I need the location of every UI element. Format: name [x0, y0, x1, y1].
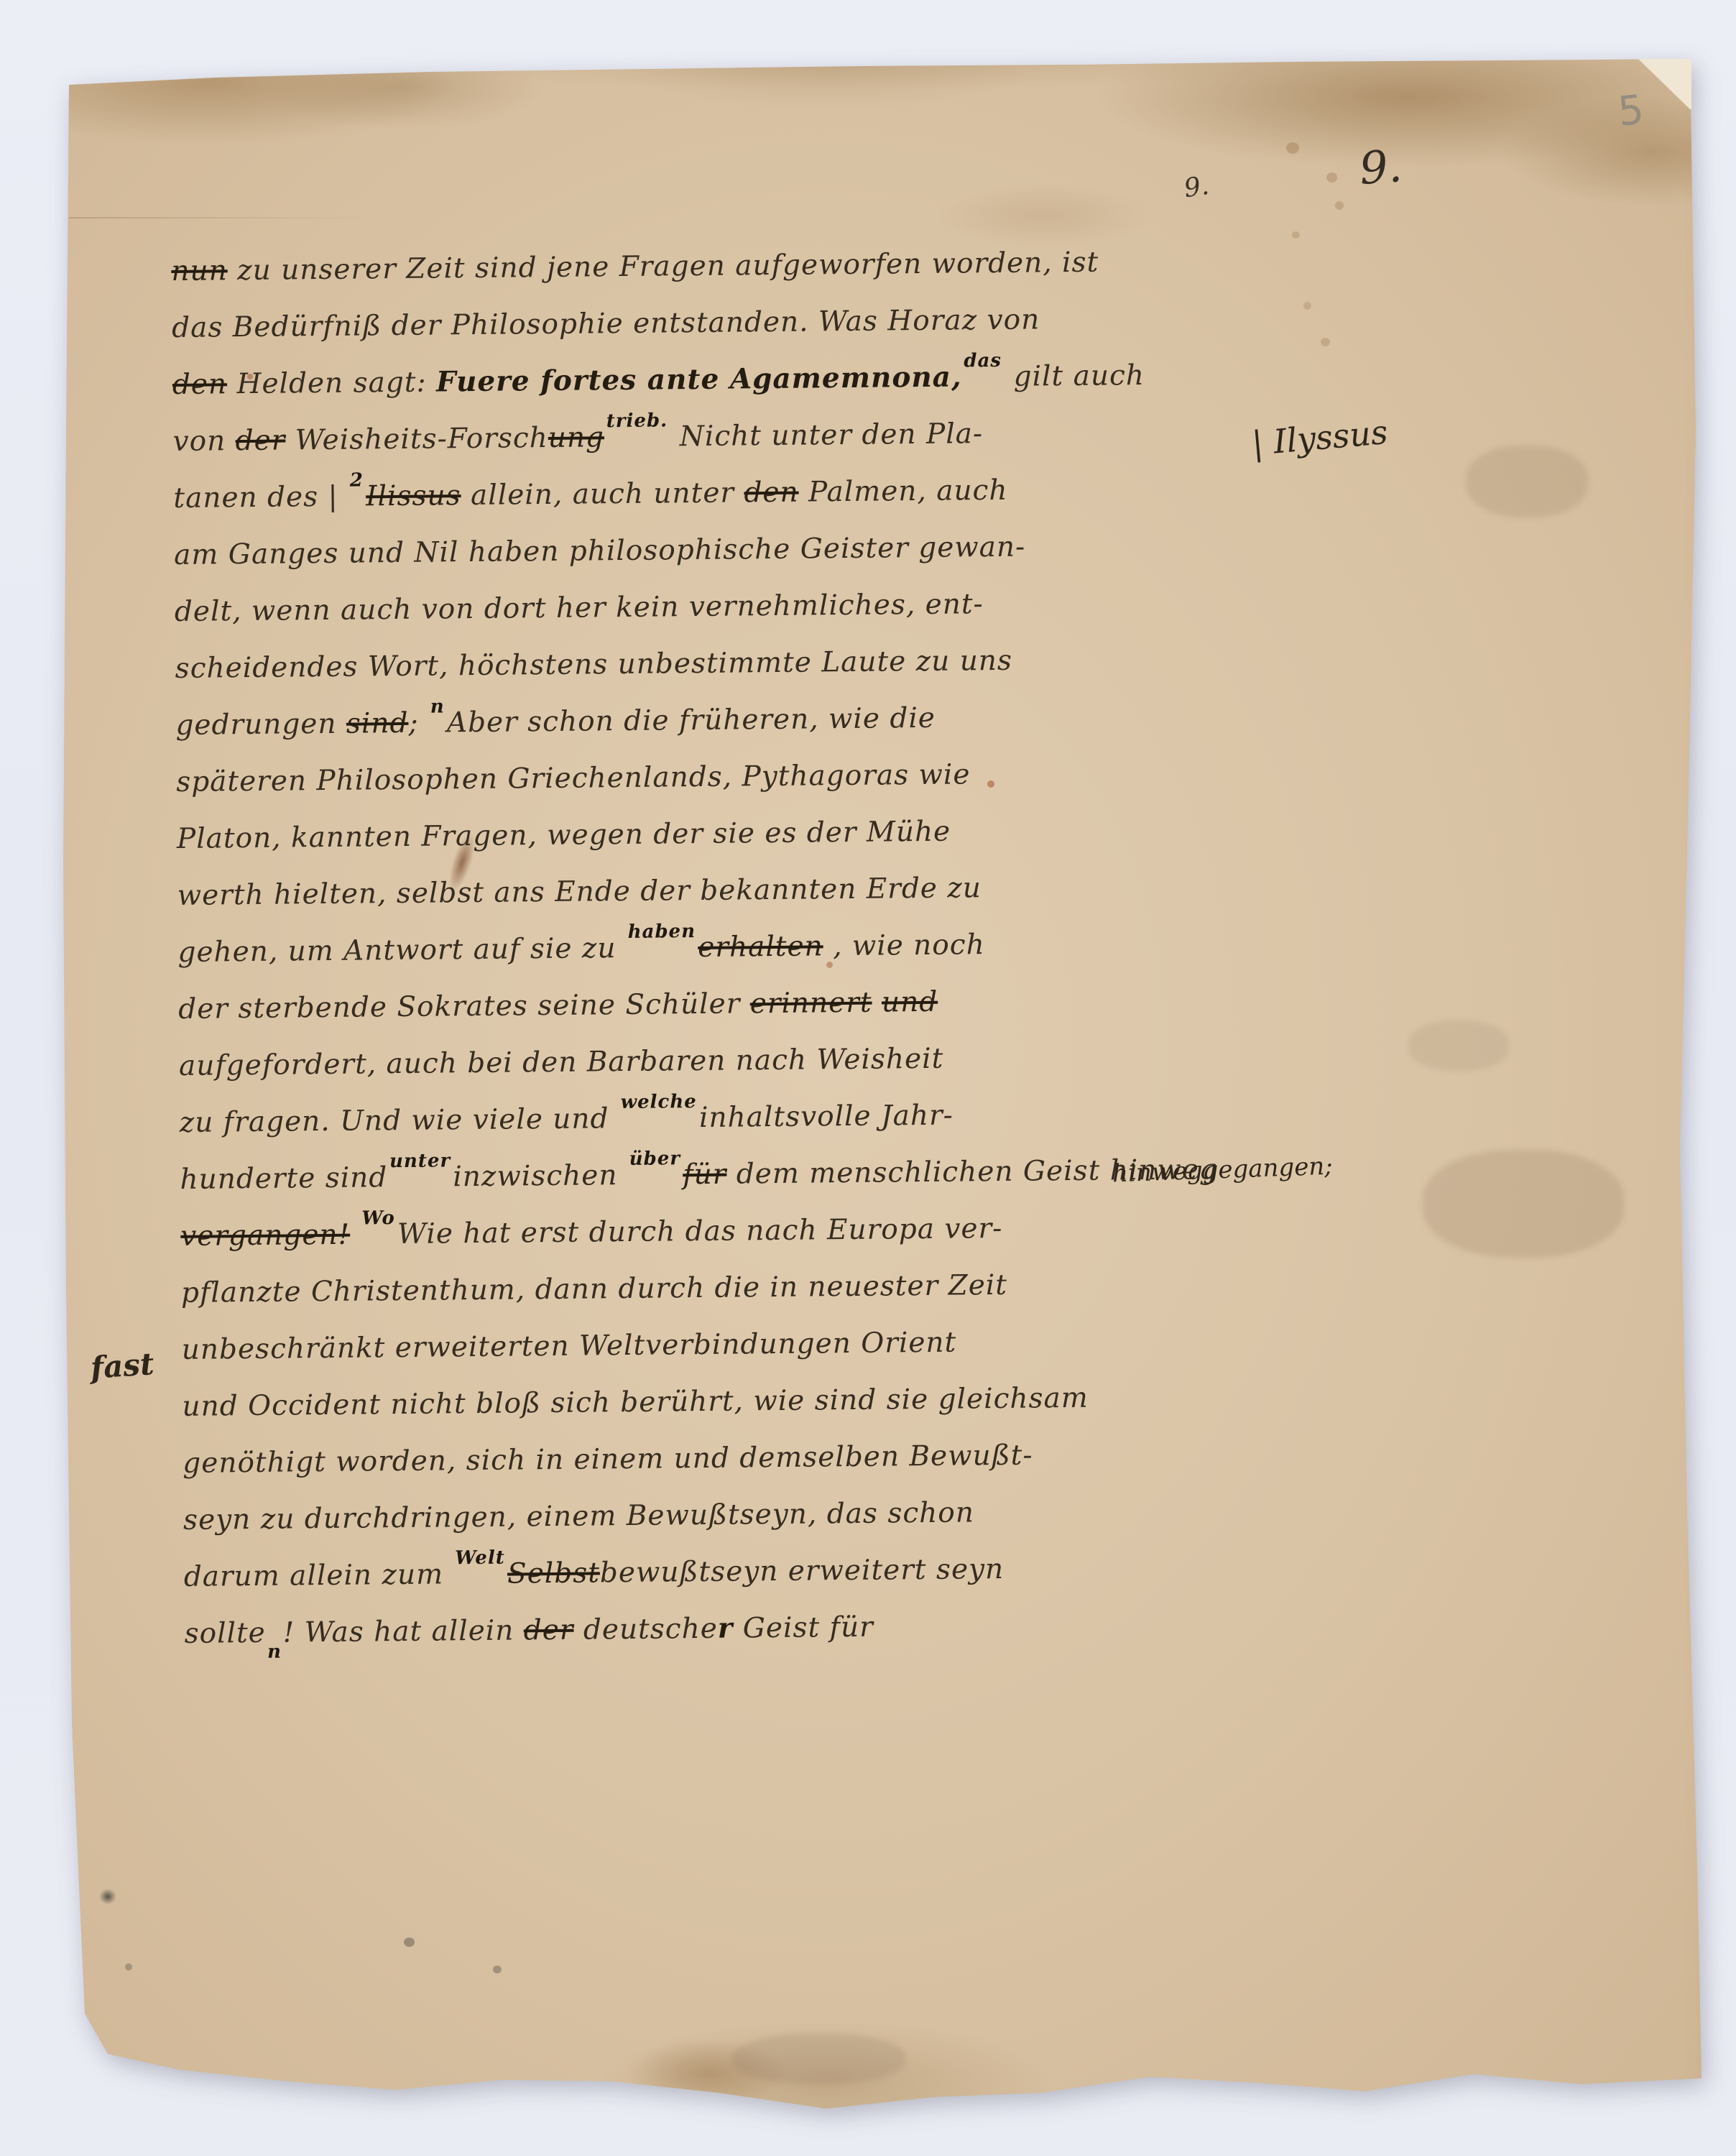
manuscript-line: Platon, kannten Fragen, wegen der sie es…	[177, 801, 1155, 867]
manuscript-line: seyn zu durchdringen, einem Bewußtseyn, …	[183, 1483, 1161, 1549]
line-segment: aufgefordert, auch bei den Barbaren nach…	[179, 1043, 944, 1082]
struck-word: erhalten	[698, 930, 823, 964]
paper-crease	[69, 217, 378, 218]
bleedthrough-smudge	[1423, 1150, 1624, 1258]
line-segment: ! Was hat allein	[282, 1614, 524, 1649]
foxing-spot	[1292, 231, 1300, 239]
line-segment: späteren Philosophen Griechenlands, Pyth…	[176, 758, 971, 798]
line-segment	[872, 987, 882, 1019]
line-segment: unbeschränkt erweiterten Weltverbindunge…	[182, 1327, 957, 1366]
line-segment: und Occident nicht bloß sich berührt, wi…	[182, 1382, 1089, 1423]
inserted-word-above: 2	[349, 452, 364, 509]
smudge-dot	[125, 1963, 132, 1971]
line-segment: scheidendes Wort, höchstens unbestimmte …	[175, 645, 1012, 685]
margin-note-fast: fast	[89, 1346, 155, 1386]
smudge-dot	[493, 1966, 502, 1973]
inserted-word-above: über	[629, 1130, 680, 1188]
line-segment: sollte	[184, 1617, 266, 1650]
foxing-spot	[1303, 302, 1311, 310]
manuscript-line: späteren Philosophen Griechenlands, Pyth…	[176, 745, 1154, 811]
struck-word: Selbst	[507, 1557, 600, 1590]
line-segment: am Ganges und Nil haben philosophische G…	[174, 531, 1025, 571]
struck-word: den	[744, 476, 799, 510]
inserted-word-above: Welt	[455, 1530, 505, 1588]
line-segment: allein, auch unter	[461, 476, 744, 512]
line-segment: werth hielten, selbst ans Ende der bekan…	[177, 872, 982, 912]
line-segment: Platon, kannten Fragen, wegen der sie es…	[177, 816, 951, 855]
inserted-word-above: welche	[620, 1074, 697, 1131]
manuscript-line: scheidendes Wort, höchstens unbestimmte …	[175, 631, 1153, 697]
manuscript-line: hunderte sindunterinzwischen überfür dem…	[180, 1142, 1158, 1208]
manuscript-line: am Ganges und Nil haben philosophische G…	[174, 517, 1152, 584]
line-segment	[350, 1219, 360, 1251]
line-segment: das Bedürfniß der Philosophie entstanden…	[172, 303, 1040, 344]
line-segment: gedrungen	[175, 708, 346, 742]
line-segment: bewußtseyn erweitert seyn	[600, 1553, 1005, 1589]
line-segment: inzwischen	[453, 1159, 627, 1193]
paper-sheet-wrapper: 9. 9. nun zu unserer Zeit sind jene Frag…	[0, 0, 1736, 2156]
line-segment: Aber schon die früheren, wie die	[447, 702, 936, 740]
inserted-word-above: haben	[627, 903, 696, 961]
scanned-manuscript-page: 9. 9. nun zu unserer Zeit sind jene Frag…	[0, 0, 1736, 2156]
bleedthrough-smudge	[733, 2034, 905, 2084]
line-segment: der sterbende Sokrates seine Schüler	[178, 987, 750, 1026]
aged-paper-sheet: 9. 9. nun zu unserer Zeit sind jene Frag…	[0, 0, 1736, 2156]
line-segment: ;	[408, 707, 428, 740]
struck-word: der	[235, 424, 285, 457]
struck-word: nun	[171, 254, 228, 287]
line-segment: Geist für	[733, 1611, 874, 1645]
manuscript-text-block: nun zu unserer Zeit sind jene Fragen auf…	[171, 234, 1162, 1662]
smudge-dot	[404, 1938, 415, 1947]
struck-word: erinnert	[750, 987, 872, 1021]
line-segment: gilt auch	[1004, 359, 1145, 393]
inserted-word-above: trieb.	[606, 392, 668, 450]
manuscript-line: genöthigt worden, sich in einem und dems…	[183, 1426, 1160, 1492]
manuscript-line: gehen, um Antwort auf sie zu habenerhalt…	[177, 915, 1155, 981]
struck-word: ung	[548, 421, 605, 454]
manuscript-line: von der Weisheits-Forschungtrieb. Nicht …	[172, 404, 1150, 470]
manuscript-line: unbeschränkt erweiterten Weltverbindunge…	[181, 1312, 1159, 1378]
manuscript-line: vergangen! WoWie hat erst durch das nach…	[180, 1199, 1158, 1265]
corner-pencil-number: 5	[1616, 86, 1646, 135]
foxing-spot	[1335, 201, 1344, 210]
inserted-word-below: n	[267, 1624, 282, 1681]
line-segment: darum allein zum	[184, 1558, 453, 1593]
line-segment: seyn zu durchdringen, einem Bewußtseyn, …	[183, 1496, 974, 1537]
line-segment: Fuere fortes ante Agamemnona,	[436, 360, 962, 398]
manuscript-line: der sterbende Sokrates seine Schüler eri…	[178, 972, 1156, 1038]
struck-word: der	[524, 1614, 574, 1647]
line-segment: Palmen, auch	[798, 474, 1007, 509]
line-segment: Wie hat erst durch das nach Europa ver-	[397, 1212, 1003, 1250]
struck-word: vergangen!	[180, 1219, 350, 1253]
line-segment: inhaltsvolle Jahr-	[699, 1100, 954, 1134]
foxing-spot	[1321, 338, 1330, 346]
page-number-large: 9.	[1358, 139, 1404, 195]
dark-dot	[99, 1889, 116, 1904]
struck-word: und	[882, 986, 938, 1019]
line-segment: pflanzte Christenthum, dann durch die in…	[181, 1269, 1007, 1309]
manuscript-line: das Bedürfniß der Philosophie entstanden…	[172, 290, 1150, 356]
line-segment: tanen des |	[173, 481, 348, 515]
manuscript-line: darum allein zum WeltSelbstbewußtseyn er…	[183, 1539, 1161, 1606]
line-segment: delt, wenn auch von dort her kein verneh…	[175, 588, 984, 628]
line-segment: genöthigt worden, sich in einem und dems…	[183, 1439, 1033, 1480]
inserted-word-above: n	[430, 678, 445, 735]
struck-word: den	[172, 368, 228, 401]
struck-word: für	[683, 1158, 727, 1192]
line-segment: zu unserer Zeit sind jene Fragen aufgewo…	[228, 247, 1099, 287]
manuscript-line: sollten! Was hat allein der deutscher Ge…	[184, 1596, 1162, 1662]
manuscript-line: und Occident nicht bloß sich berührt, wi…	[182, 1369, 1160, 1435]
line-segment: von	[172, 425, 235, 458]
line-segment: deutsche	[573, 1613, 718, 1646]
bleedthrough-smudge	[1408, 1021, 1509, 1071]
struck-word: sind	[346, 707, 409, 740]
inserted-word-above: Wo	[361, 1190, 395, 1247]
margin-note-ilyssus: | Ilyssus	[1250, 413, 1389, 463]
struck-word: Ilissus	[366, 479, 461, 512]
line-segment: r	[718, 1612, 734, 1645]
line-segment: Weisheits-Forsch	[285, 422, 548, 457]
page-number-small: 9.	[1182, 171, 1211, 203]
foxing-spot	[1286, 142, 1299, 154]
line-segment: Nicht unter den Pla-	[670, 418, 983, 453]
line-segment: hunderte sind	[180, 1161, 387, 1196]
foxing-spot	[1326, 172, 1337, 183]
inserted-word-above: das	[964, 333, 1002, 390]
line-segment: gehen, um Antwort auf sie zu	[177, 932, 626, 969]
manuscript-line: nun zu unserer Zeit sind jene Fragen auf…	[171, 234, 1149, 300]
line-segment: , wie noch	[823, 929, 985, 962]
bleedthrough-smudge	[1466, 446, 1588, 517]
line-segment: Helden sagt:	[227, 366, 436, 400]
inserted-word-above: unter	[389, 1133, 451, 1190]
line-segment: dem menschlichen Geist	[726, 1155, 1110, 1191]
manuscript-line: gedrungen sind; nAber schon die früheren…	[175, 688, 1153, 754]
manuscript-line: tanen des | 2Ilissus allein, auch unter …	[173, 461, 1151, 527]
manuscript-line: pflanzte Christenthum, dann durch die in…	[181, 1256, 1159, 1322]
manuscript-line: delt, wenn auch von dort her kein verneh…	[175, 574, 1153, 640]
